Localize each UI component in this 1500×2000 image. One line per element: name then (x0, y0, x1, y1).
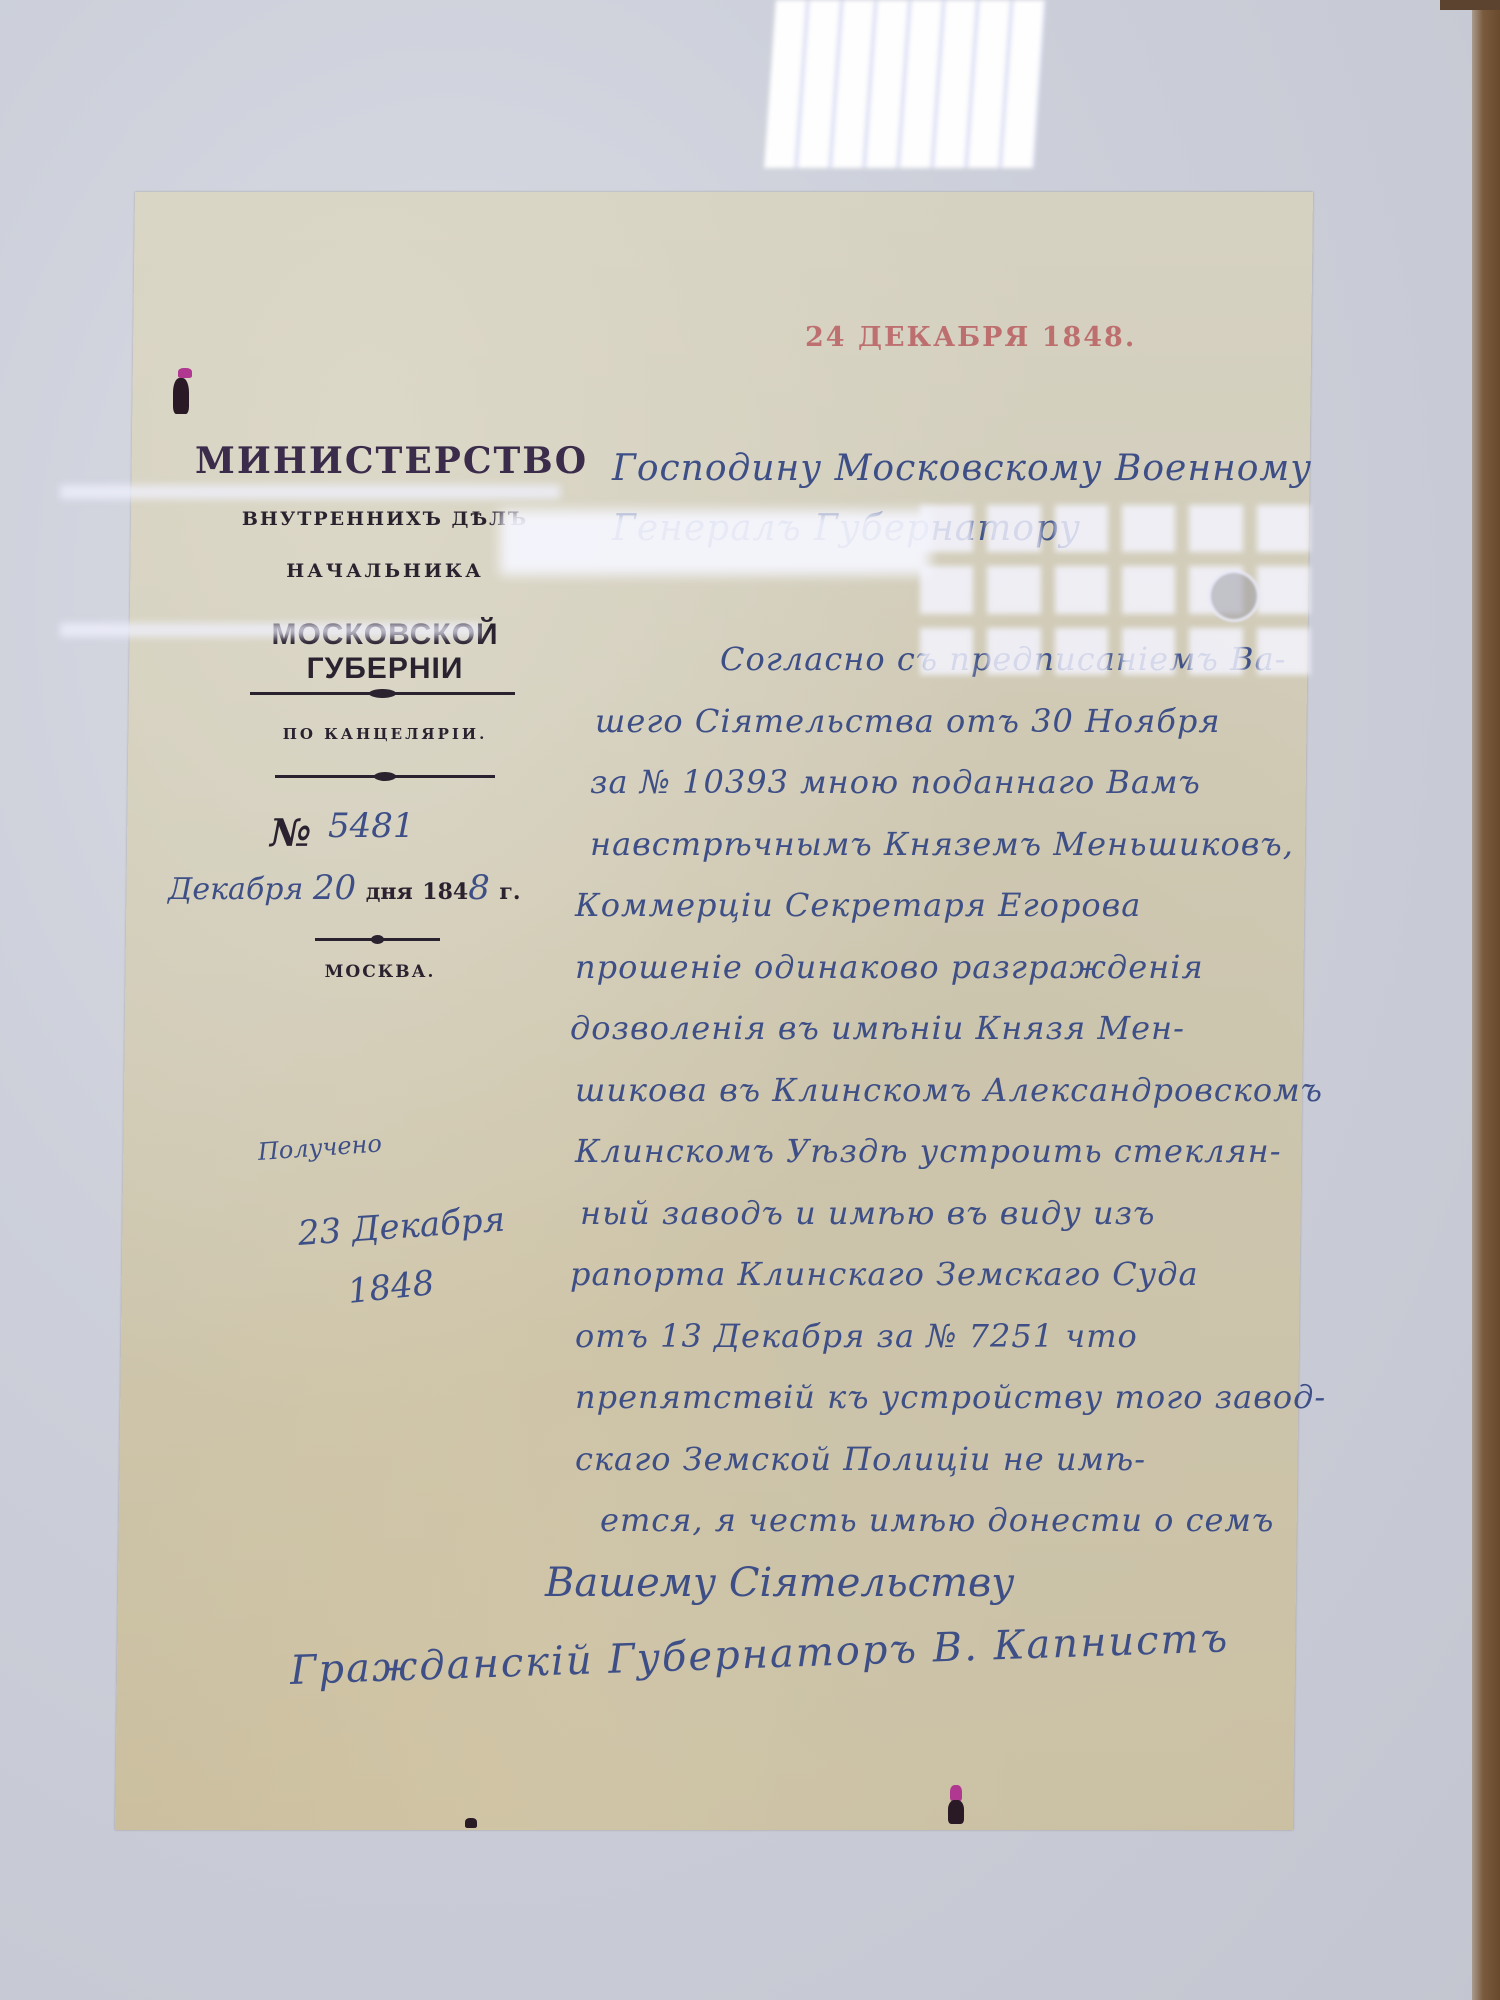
wax-seal-fragment (178, 368, 192, 378)
closing-salutation: Вашему Сіятельству (545, 1560, 1014, 1606)
body-line: ется, я честь имѣю донести о семъ (600, 1501, 1274, 1539)
registration-number: 5481 (328, 806, 415, 846)
wax-seal-fragment (950, 1785, 962, 1801)
letterhead-department: ПО КАНЦЕЛЯРІИ. (210, 725, 560, 743)
body-line: отъ 13 Декабря за № 7251 что (575, 1317, 1138, 1355)
body-line: прошеніе одинаково разгражденія (575, 948, 1204, 986)
lamp-reflection (1208, 570, 1260, 622)
body-line: Коммерціи Секретаря Егорова (575, 886, 1141, 924)
ornamental-rule (315, 938, 440, 941)
date-day: 20 (313, 868, 356, 908)
letterhead-city: МОСКВА. (280, 962, 480, 982)
body-line: дозволенія въ имѣніи Князя Мен- (570, 1009, 1185, 1047)
outgoing-date: Декабря 20 дня 1848 г. (168, 868, 521, 908)
glass-reflection (500, 510, 930, 575)
photo-scene: 24 ДЕКАБРЯ 1848. МИНИСТЕРСТВО ВНУТРЕННИХ… (0, 0, 1500, 2000)
addressee-line-1: Господину Московскому Военному (612, 448, 1312, 489)
body-line: за № 10393 мною поданнаго Вамъ (590, 763, 1201, 801)
glass-reflection-streak (60, 623, 480, 637)
wax-seal-fragment (173, 378, 189, 414)
wooden-frame-edge (1472, 0, 1500, 2000)
date-day-label: дня (366, 879, 413, 905)
ornamental-rule (275, 775, 495, 778)
date-year-hand: 8 (468, 868, 490, 908)
body-line: препятствій къ устройству того завод- (575, 1378, 1326, 1416)
body-line: Клинскомъ Уѣздѣ устроить стеклян- (575, 1132, 1282, 1170)
letterhead-ministry: МИНИСТЕРСТВО (195, 440, 575, 482)
ceiling-light-reflection (764, 0, 1046, 168)
glass-reflection-streak (60, 485, 560, 499)
body-line: рапорта Клинскаго Земскаго Суда (570, 1255, 1199, 1293)
wax-seal-fragment (948, 1800, 964, 1824)
body-line: шикова въ Клинскомъ Александровскомъ (575, 1071, 1323, 1109)
wax-seal-fragment (465, 1818, 477, 1828)
date-year-printed: 184 (422, 879, 468, 905)
frame-corner (1440, 0, 1500, 10)
body-line: скаго Земской Полиціи не имѣ- (575, 1440, 1146, 1478)
date-month: Декабря (168, 872, 303, 907)
ornamental-rule (250, 692, 515, 695)
date-suffix: г. (499, 879, 520, 905)
body-line: ный заводъ и имѣю въ виду изъ (580, 1194, 1155, 1232)
body-line: навстрѣчнымъ Княземъ Меньшиковъ, (590, 825, 1294, 863)
number-sign: № (270, 810, 311, 855)
body-line: шего Сіятельства отъ 30 Ноября (595, 702, 1221, 740)
received-stamp-date: 24 ДЕКАБРЯ 1848. (805, 322, 1136, 353)
